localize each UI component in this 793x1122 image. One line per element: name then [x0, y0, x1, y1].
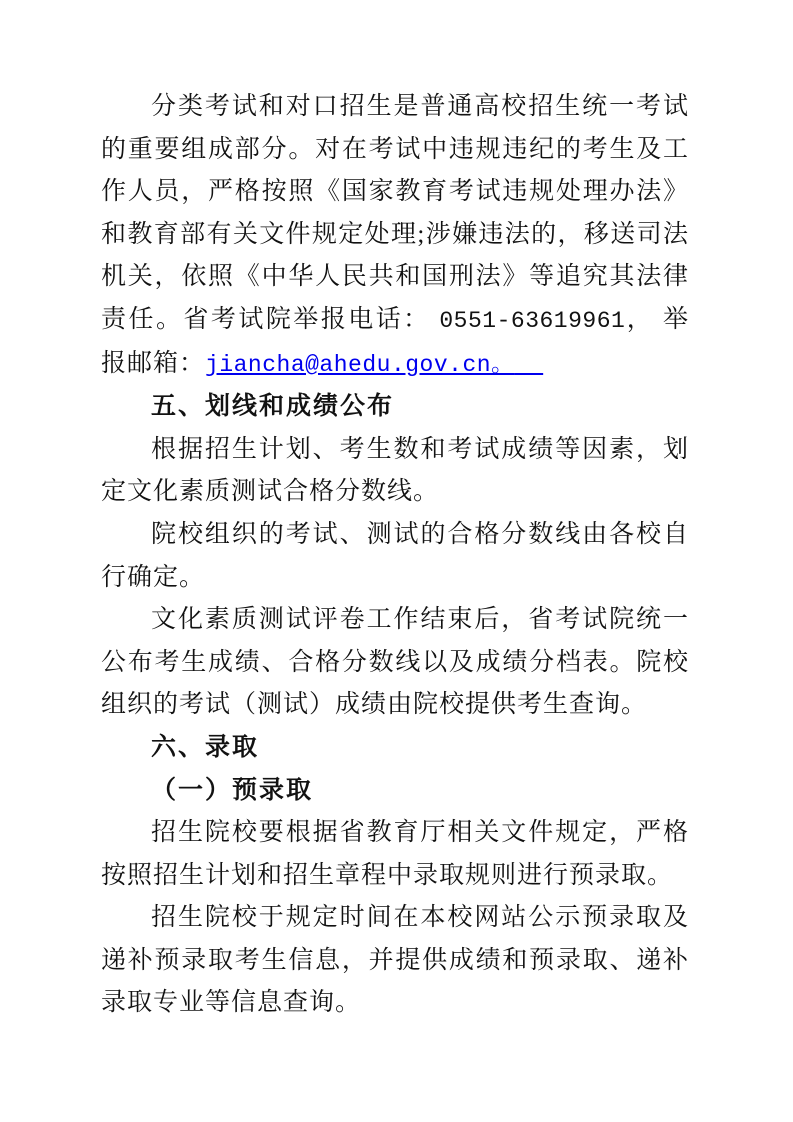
paragraph-pre-admission-rules: 招生院校要根据省教育厅相关文件规定，严格按照招生计划和招生章程中录取规则进行预录… [101, 812, 689, 897]
heading-section-6-admission: 六、录取 [101, 727, 689, 770]
report-email-link[interactable]: jiancha@ahedu.gov.cn。 [205, 352, 543, 378]
paragraph-pre-admission-publicity: 招生院校于规定时间在本校网站公示预录取及递补预录取考生信息，并提供成绩和预录取、… [101, 897, 689, 1025]
paragraph-score-publication: 文化素质测试评卷工作结束后，省考试院统一公布考生成绩、合格分数线以及成绩分档表。… [101, 599, 689, 727]
document-page: 分类考试和对口招生是普通高校招生统一考试的重要组成部分。对在考试中违规违纪的考生… [0, 0, 793, 1025]
heading-subsection-1-pre-admission: （一）预录取 [101, 770, 689, 813]
report-phone-number: 0551-63619961 [439, 308, 625, 334]
paragraph-text: 分类考试和对口招生是普通高校招生统一考试的重要组成部分。对在考试中违规违纪的考生… [101, 93, 689, 333]
paragraph-exam-discipline: 分类考试和对口招生是普通高校招生统一考试的重要组成部分。对在考试中违规违纪的考生… [101, 86, 689, 386]
paragraph-score-line-rules: 根据招生计划、考生数和考试成绩等因素，划定文化素质测试合格分数线。 [101, 429, 689, 514]
paragraph-college-score-lines: 院校组织的考试、测试的合格分数线由各校自行确定。 [101, 514, 689, 599]
heading-section-5-score-lines: 五、划线和成绩公布 [101, 386, 689, 429]
